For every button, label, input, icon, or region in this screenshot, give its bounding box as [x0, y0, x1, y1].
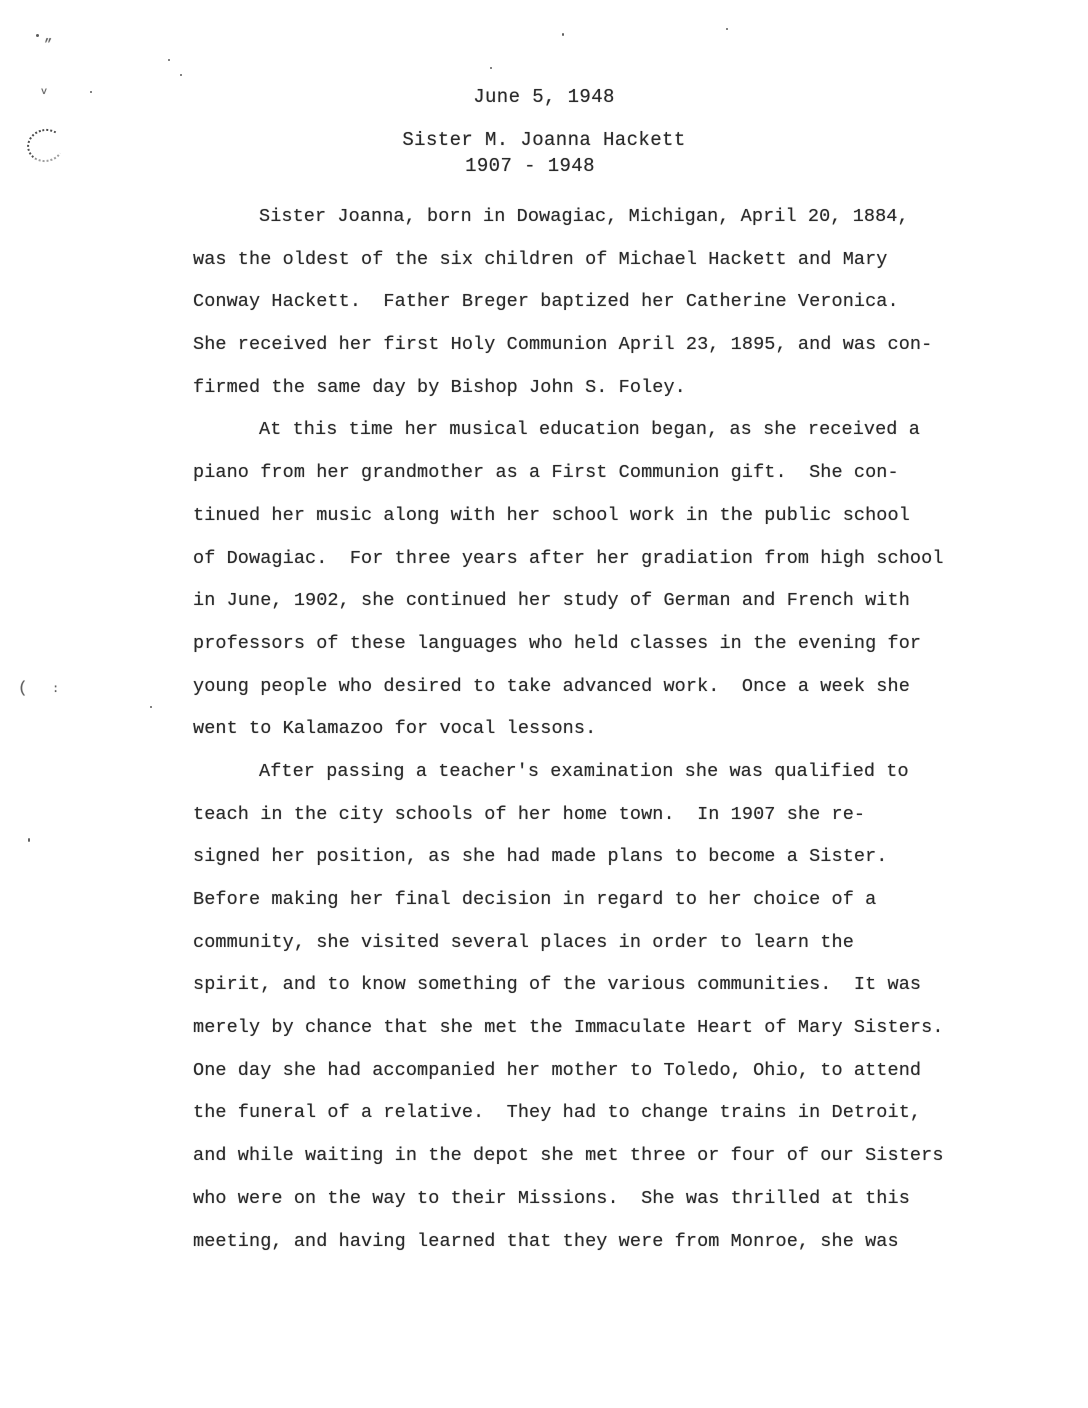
document-header: June 5, 1948 Sister M. Joanna Hackett 19… [0, 84, 1088, 179]
text-line: was the oldest of the six children of Mi… [193, 239, 983, 282]
text-line: piano from her grandmother as a First Co… [193, 452, 983, 495]
paragraph: After passing a teacher's examination sh… [193, 751, 983, 1263]
paragraph: At this time her musical education began… [193, 409, 983, 751]
header-years: 1907 - 1948 [0, 153, 1074, 179]
text-line: in June, 1902, she continued her study o… [193, 580, 983, 623]
text-line: After passing a teacher's examination sh… [193, 751, 983, 794]
text-line: tinued her music along with her school w… [193, 495, 983, 538]
text-line: professors of these languages who held c… [193, 623, 983, 666]
text-line: Before making her final decision in rega… [193, 879, 983, 922]
document-page: „ v ( : June 5, 1948 Sister M. Joanna Ha… [0, 0, 1088, 1408]
scan-artifact-speck: „ [44, 30, 52, 44]
text-line: community, she visited several places in… [193, 922, 983, 965]
scan-artifact-speck [36, 34, 39, 37]
scan-artifact-speck [726, 28, 728, 30]
scan-artifact-speck: ( [18, 680, 28, 696]
scan-artifact-speck [150, 706, 152, 708]
text-line: the funeral of a relative. They had to c… [193, 1092, 983, 1135]
header-date: June 5, 1948 [0, 84, 1088, 110]
text-line: One day she had accompanied her mother t… [193, 1050, 983, 1093]
text-line: Conway Hackett. Father Breger baptized h… [193, 281, 983, 324]
text-line: At this time her musical education began… [193, 409, 983, 452]
text-line: firmed the same day by Bishop John S. Fo… [193, 367, 983, 410]
text-line: of Dowagiac. For three years after her g… [193, 538, 983, 581]
header-title: Sister M. Joanna Hackett [0, 127, 1088, 153]
scan-artifact-speck [168, 59, 170, 61]
text-line: young people who desired to take advance… [193, 666, 983, 709]
text-line: meeting, and having learned that they we… [193, 1221, 983, 1264]
text-line: and while waiting in the depot she met t… [193, 1135, 983, 1178]
scan-artifact-speck [490, 67, 492, 69]
text-line: She received her first Holy Communion Ap… [193, 324, 983, 367]
text-line: merely by chance that she met the Immacu… [193, 1007, 983, 1050]
scan-artifact-speck [180, 74, 182, 76]
text-line: went to Kalamazoo for vocal lessons. [193, 708, 983, 751]
scan-artifact-speck [28, 838, 30, 842]
text-line: spirit, and to know something of the var… [193, 964, 983, 1007]
text-line: teach in the city schools of her home to… [193, 794, 983, 837]
document-body: Sister Joanna, born in Dowagiac, Michiga… [193, 196, 983, 1263]
text-line: Sister Joanna, born in Dowagiac, Michiga… [193, 196, 983, 239]
text-line: signed her position, as she had made pla… [193, 836, 983, 879]
scan-artifact-speck: : [52, 683, 59, 695]
scan-artifact-speck [562, 33, 564, 36]
paragraph: Sister Joanna, born in Dowagiac, Michiga… [193, 196, 983, 409]
text-line: who were on the way to their Missions. S… [193, 1178, 983, 1221]
